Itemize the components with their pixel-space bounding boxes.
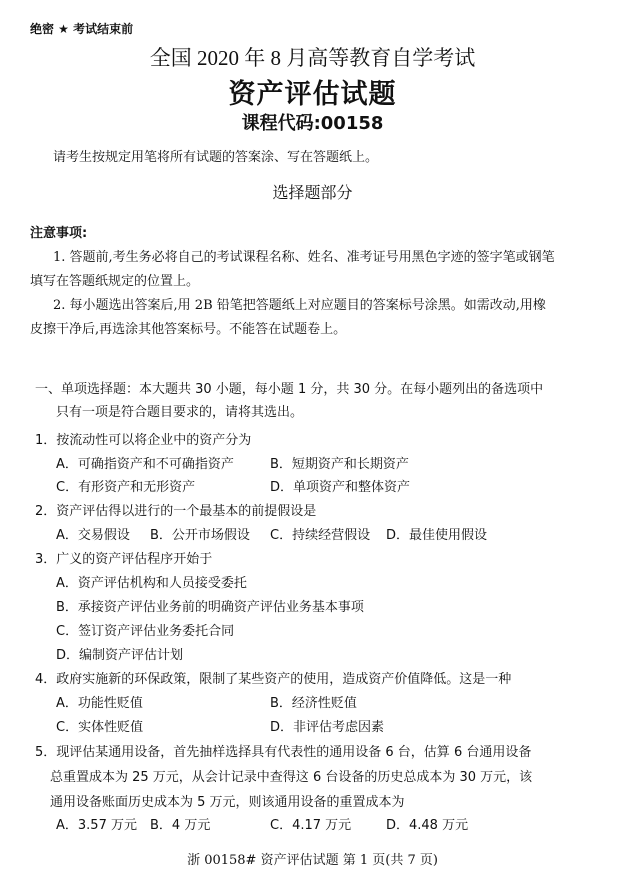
page-footer: 浙 00158# 资产评估试题 第 1 页(共 7 页) xyxy=(0,849,625,868)
question-1-option-a: A．可确指资产和不可确指资产 xyxy=(56,453,234,472)
question-5-stem-line-1: 5．现评估某通用设备，首先抽样选择具有代表性的通用设备 6 台，估算 6 台通用… xyxy=(35,741,531,760)
question-1-option-b: B．短期资产和长期资产 xyxy=(270,453,409,472)
question-3-option-b: B．承接资产评估业务前的明确资产评估业务基本事项 xyxy=(56,596,364,615)
subject-title: 资产评估试题 xyxy=(0,72,625,111)
question-4-option-c: C．实体性贬值 xyxy=(56,716,143,735)
question-5-option-b: B．4 万元 xyxy=(150,814,210,833)
question-4-stem: 4．政府实施新的环保政策，限制了某些资产的使用，造成资产价值降低。这是一种 xyxy=(35,668,511,687)
question-5-option-a: A．3.57 万元 xyxy=(56,814,137,833)
note-1-line-2: 填写在答题纸规定的位置上。 xyxy=(30,270,199,289)
question-2-option-c: C．持续经营假设 xyxy=(270,524,370,543)
notes-heading: 注意事项: xyxy=(30,222,87,241)
question-2-option-d: D．最佳使用假设 xyxy=(386,524,487,543)
part1-heading-line-1: 一、单项选择题：本大题共 30 小题，每小题 1 分，共 30 分。在每小题列出… xyxy=(35,378,543,397)
question-4-option-a: A．功能性贬值 xyxy=(56,692,143,711)
part1-heading-line-2: 只有一项是符合题目要求的，请将其选出。 xyxy=(56,401,303,420)
exam-title: 全国 2020 年 8 月高等教育自学考试 xyxy=(0,42,625,72)
note-2-line-1: 2. 每小题选出答案后,用 2B 铅笔把答题纸上对应题目的答案标号涂黑。如需改动… xyxy=(53,294,546,313)
question-2-option-a: A．交易假设 xyxy=(56,524,130,543)
question-2-option-b: B．公开市场假设 xyxy=(150,524,250,543)
instruction: 请考生按规定用笔将所有试题的答案涂、写在答题纸上。 xyxy=(53,146,378,165)
course-code: 课程代码:00158 xyxy=(0,109,625,135)
question-4-option-b: B．经济性贬值 xyxy=(270,692,357,711)
secret-mark: 绝密 ★ 考试结束前 xyxy=(30,20,133,37)
question-1-option-c: C．有形资产和无形资产 xyxy=(56,476,195,495)
note-2-line-2: 皮擦干净后,再选涂其他答案标号。不能答在试题卷上。 xyxy=(30,318,346,337)
question-1-option-d: D．单项资产和整体资产 xyxy=(270,476,410,495)
question-5-option-c: C．4.17 万元 xyxy=(270,814,351,833)
question-5-stem-line-2: 总重置成本为 25 万元，从会计记录中查得这 6 台设备的历史总成本为 30 万… xyxy=(50,766,532,785)
question-5-option-d: D．4.48 万元 xyxy=(386,814,468,833)
question-3-option-c: C．签订资产评估业务委托合同 xyxy=(56,620,234,639)
section-title: 选择题部分 xyxy=(0,180,625,203)
question-5-stem-line-3: 通用设备账面历史成本为 5 万元，则该通用设备的重置成本为 xyxy=(50,791,405,810)
question-3-option-a: A．资产评估机构和人员接受委托 xyxy=(56,572,247,591)
question-4-option-d: D．非评估考虑因素 xyxy=(270,716,384,735)
question-3-option-d: D．编制资产评估计划 xyxy=(56,644,183,663)
question-3-stem: 3．广义的资产评估程序开始于 xyxy=(35,548,212,567)
question-2-stem: 2．资产评估得以进行的一个最基本的前提假设是 xyxy=(35,500,316,519)
question-1-stem: 1．按流动性可以将企业中的资产分为 xyxy=(35,429,251,448)
note-1-line-1: 1. 答题前,考生务必将自己的考试课程名称、姓名、准考证号用黑色字迹的签字笔或钢… xyxy=(53,246,555,265)
